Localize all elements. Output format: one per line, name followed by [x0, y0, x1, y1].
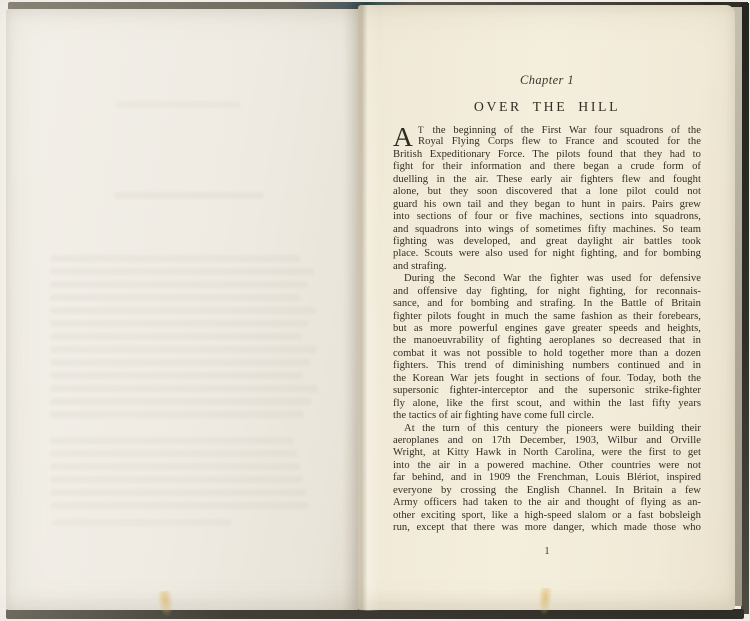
- text-line: fighting was developed, and great daylig…: [393, 236, 701, 248]
- text-line: fly alone, like the first scout, and wit…: [393, 398, 701, 410]
- text-line: and offensive day fighting, for night fi…: [393, 286, 701, 298]
- book-bottom-edge: [6, 609, 744, 619]
- text-line: guard his own tail and they began to hun…: [393, 199, 701, 211]
- bleed-line: [50, 268, 315, 275]
- text-line: combat it was not possible to hold toget…: [393, 348, 701, 360]
- bleed-line: [50, 294, 301, 301]
- text-column: Chapter 1 OVER THE HILL A T the beginnin…: [393, 5, 701, 610]
- text-line: fighters. This trend of diminishing numb…: [393, 360, 701, 372]
- text-line: everyone by crossing the English Channel…: [393, 485, 701, 497]
- text-line: alone, but they soon discovered that a l…: [393, 186, 701, 198]
- bleed-line: [50, 450, 297, 457]
- chapter-label: Chapter 1: [393, 73, 701, 88]
- text-line: the manoeuvrability of fighting aeroplan…: [393, 335, 701, 347]
- bleed-line: [50, 359, 310, 366]
- left-blank-page: [6, 9, 358, 610]
- bleed-line: [50, 346, 317, 353]
- chapter-title: OVER THE HILL: [393, 99, 701, 115]
- text-line: Royal Flying Corps flew to France and sc…: [393, 136, 701, 148]
- bleed-line: [50, 476, 303, 483]
- text-line: the Korean War jets fought in sections o…: [393, 373, 701, 385]
- text-line: sance, and for bombing and strafing. In …: [393, 298, 701, 310]
- bleed-line: [50, 281, 308, 288]
- text-line: T the beginning of the First War four sq…: [393, 124, 701, 136]
- book-right-edge: [741, 3, 749, 614]
- text-line: During the Second War the fighter was us…: [393, 273, 701, 285]
- text-line: far behind, and in 1909 the Frenchman, L…: [393, 472, 701, 484]
- bleed-line: [50, 437, 294, 444]
- bleed-line: [50, 333, 302, 340]
- text-line: duelling in the air. These early air fig…: [393, 174, 701, 186]
- bleed-line: [50, 502, 309, 509]
- bleed-line: [50, 385, 318, 392]
- text-line: British Expeditionary Force. The pilots …: [393, 149, 701, 161]
- text-line: into sections of four or five machines, …: [393, 211, 701, 223]
- text-line: other exciting sport, like a high-speed …: [393, 510, 701, 522]
- bleed-line: [50, 398, 311, 405]
- bleed-line: [114, 192, 264, 199]
- text-line: Wright, at Kitty Hawk in North Carolina,…: [393, 447, 701, 459]
- text-line: fight for their information and there be…: [393, 161, 701, 173]
- paragraph: At the turn of this century the pioneers…: [393, 423, 701, 535]
- text-line: supersonic fighter-interceptor and the s…: [393, 385, 701, 397]
- bleed-line: [50, 411, 304, 418]
- page-number: 1: [393, 546, 701, 557]
- text-line: At the turn of this century the pioneers…: [393, 423, 701, 435]
- text-line: and squadrons into wings of sometimes fi…: [393, 224, 701, 236]
- paragraph: T the beginning of the First War four sq…: [393, 124, 701, 273]
- book-photo: Chapter 1 OVER THE HILL A T the beginnin…: [0, 0, 750, 621]
- paragraph: During the Second War the fighter was us…: [393, 273, 701, 422]
- text-line: aeroplanes and on 17th December, 1903, W…: [393, 435, 701, 447]
- bleed-line: [50, 307, 316, 314]
- bleed-line: [52, 519, 232, 526]
- text-line: Army officers had taken to the air and t…: [393, 497, 701, 509]
- bleed-line: [50, 463, 300, 470]
- text-line: and strafing.: [393, 261, 701, 273]
- text-line: into the air in a powered machine. Other…: [393, 460, 701, 472]
- body-text: T the beginning of the First War four sq…: [393, 124, 701, 534]
- bleed-line: [116, 101, 241, 108]
- bleed-line: [50, 489, 306, 496]
- bleed-line: [50, 372, 303, 379]
- foxing-spot-left: [156, 590, 175, 618]
- text-line: run, except that there was more danger, …: [393, 522, 701, 534]
- bleed-line: [50, 255, 300, 262]
- text-line: fighter pilots fought in much the same f…: [393, 311, 701, 323]
- foxing-spot-right: [537, 587, 553, 616]
- bleed-line: [50, 320, 309, 327]
- right-text-page: Chapter 1 OVER THE HILL A T the beginnin…: [358, 5, 735, 610]
- text-line: but as more powerful engines gave greate…: [393, 323, 701, 335]
- text-line: place. Scouts were also used for night f…: [393, 248, 701, 260]
- text-line: the tactics of air fighting have come fu…: [393, 410, 701, 422]
